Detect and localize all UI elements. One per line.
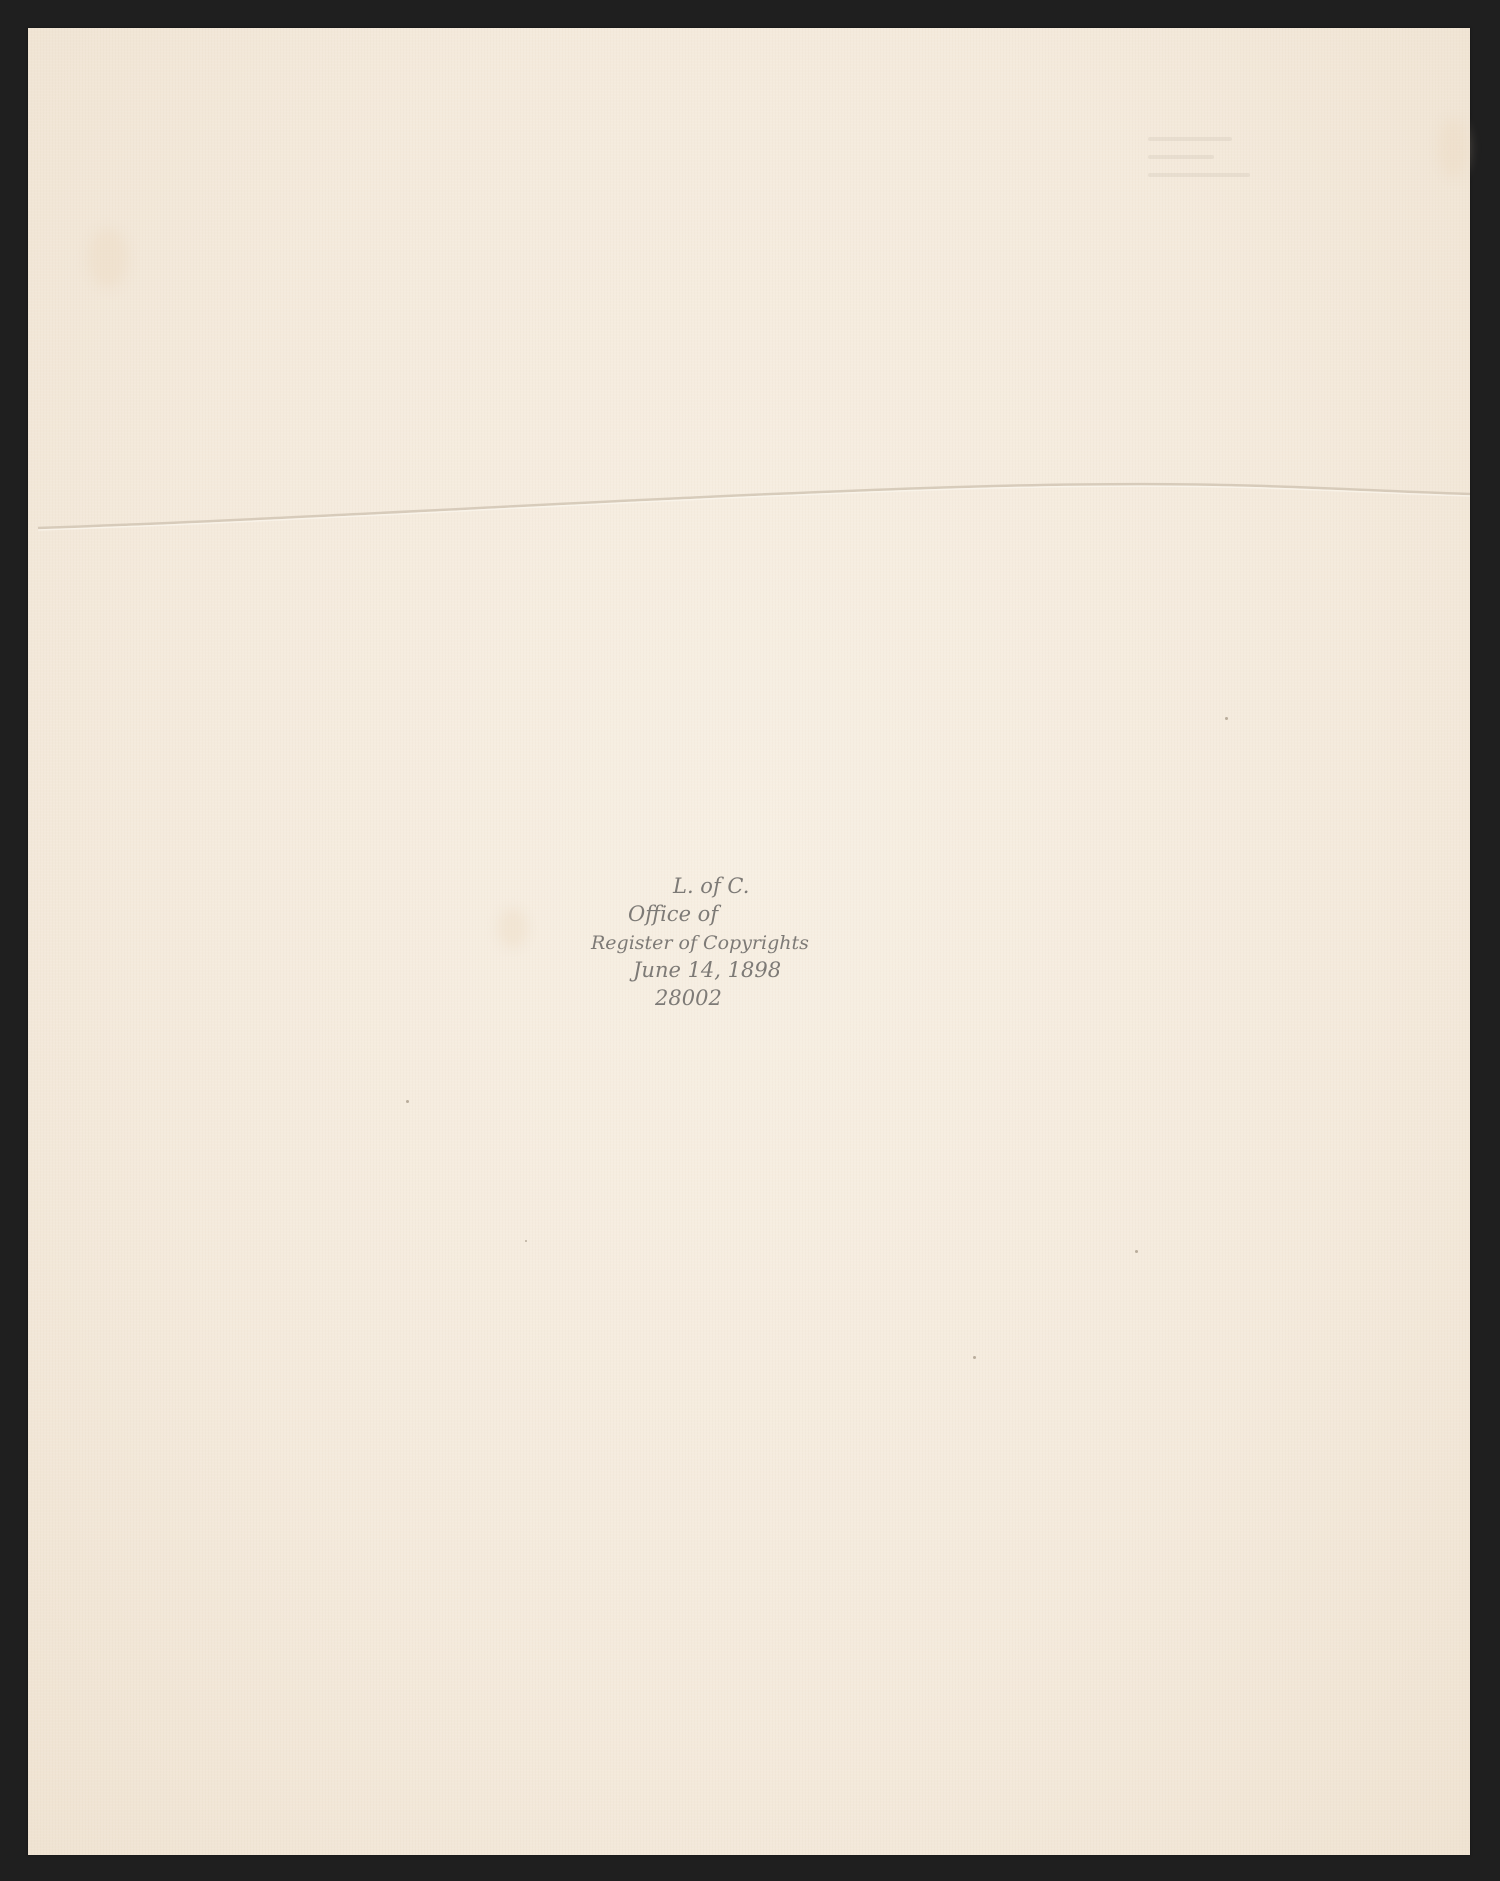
paper-speck	[1225, 717, 1228, 720]
annotation-line-5: 28002	[654, 986, 722, 1010]
annotation-line-1: L. of C.	[672, 874, 749, 898]
paper-speck	[973, 1356, 976, 1359]
paper-speck	[525, 1240, 527, 1242]
bleed-through-marks	[1148, 123, 1268, 213]
annotation-line-3: Register of Copyrights	[590, 932, 809, 954]
paper-stain	[88, 228, 128, 288]
pencil-annotation: L. of C. Office of Register of Copyright…	[573, 863, 823, 1023]
paper-stain	[1438, 118, 1468, 178]
paper-speck	[406, 1100, 409, 1103]
paper-speck	[1135, 1250, 1138, 1253]
annotation-line-4: June 14, 1898	[629, 958, 781, 982]
paper-stain	[498, 908, 528, 948]
document-paper: L. of C. Office of Register of Copyright…	[28, 28, 1470, 1855]
annotation-line-2: Office of	[628, 902, 721, 926]
